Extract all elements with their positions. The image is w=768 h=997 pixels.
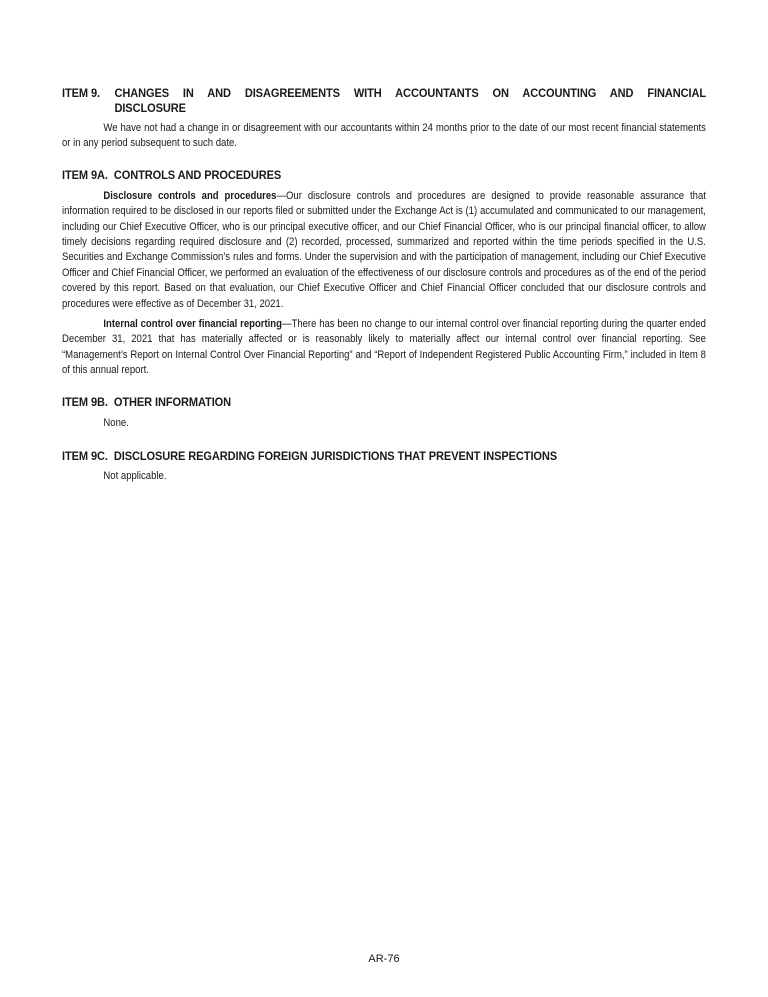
item-9c-body: Not applicable. [62,469,642,484]
item-9b-heading: ITEM 9B. OTHER INFORMATION [62,395,706,410]
disclosure-controls-lead: Disclosure controls and procedures [103,190,276,202]
item-9-number: ITEM 9. [62,86,114,116]
page-number: AR-76 [0,953,768,965]
internal-control-paragraph: Internal control over financial reportin… [62,317,706,379]
item-9-title-line1: CHANGES IN AND DISAGREEMENTS WITH ACCOUN… [114,86,706,101]
document-page: ITEM 9. CHANGES IN AND DISAGREEMENTS WIT… [62,86,706,484]
item-9-body: We have not had a change in or disagreem… [62,121,706,152]
item-9a-heading: ITEM 9A. CONTROLS AND PROCEDURES [62,168,706,183]
item-9c-heading: ITEM 9C. DISCLOSURE REGARDING FOREIGN JU… [62,449,706,464]
disclosure-controls-paragraph: Disclosure controls and procedures—Our d… [62,189,706,312]
internal-control-lead: Internal control over financial reportin… [103,318,282,330]
item-9b-body: None. [62,416,642,431]
disclosure-controls-body: —Our disclosure controls and procedures … [62,190,706,310]
item-9-heading: ITEM 9. CHANGES IN AND DISAGREEMENTS WIT… [62,86,706,116]
item-9-title-line2: DISCLOSURE [114,101,706,116]
